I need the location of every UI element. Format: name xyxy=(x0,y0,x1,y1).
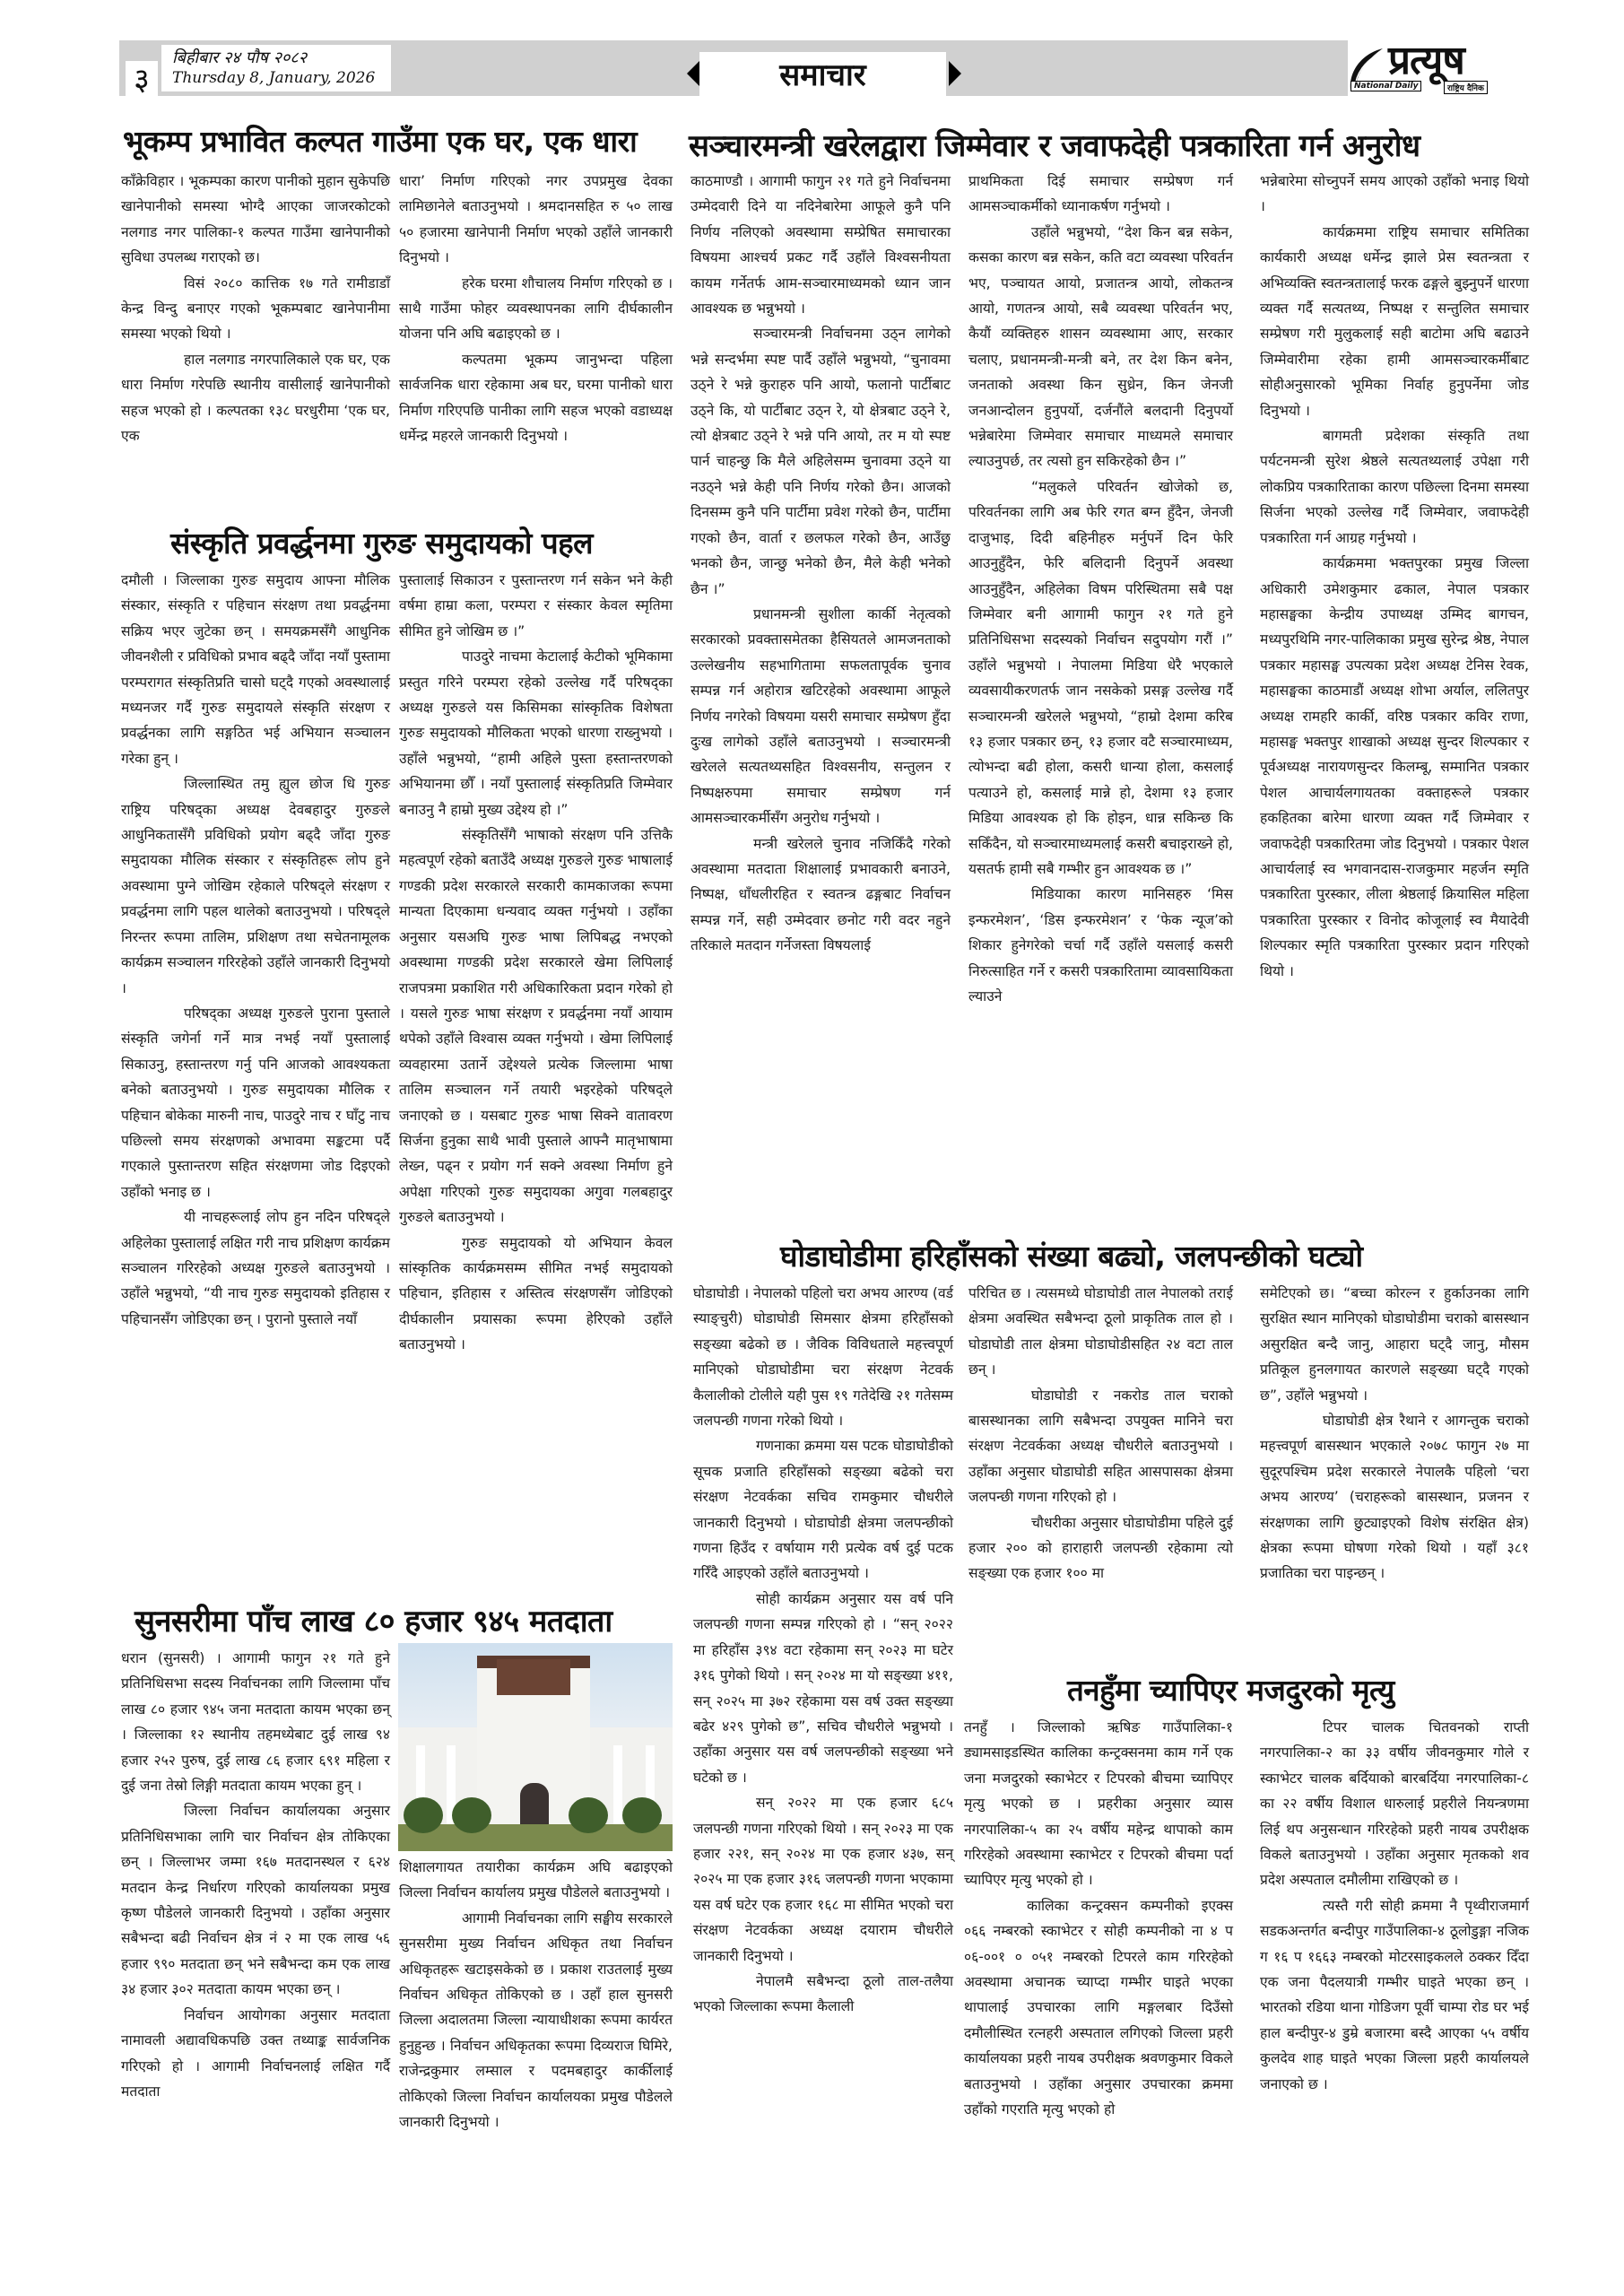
section-title: समाचार xyxy=(699,52,946,99)
paragraph: समेटिएको छ। “बच्चा कोरल्न र हुर्काउनका ल… xyxy=(1260,1281,1529,1408)
newspaper-logo: प्रत्यूष National Daily राष्ट्रिय दैनिक xyxy=(1343,43,1532,93)
paragraph: आगामी निर्वाचनका लागि सङ्घीय सरकारले सुन… xyxy=(399,1906,673,2135)
paragraph: प्रधानमन्त्री सुशीला कार्की नेतृत्वको सर… xyxy=(690,602,951,831)
paragraph: टिपर चालक चितवनको राप्ती नगरपालिका-२ का … xyxy=(1260,1715,1529,1893)
paragraph: मन्त्री खरेलले चुनाव नजिकिँदै गरेको अवस्… xyxy=(690,831,951,959)
photo-caption: शिक्षालगायत तयारीका कार्यक्रम अघि बढाइएक… xyxy=(399,1855,673,1906)
paragraph: चौधरीका अनुसार घोडाघोडीमा पहिले दुई हजार… xyxy=(968,1510,1233,1587)
paragraph: काठमाण्डौ । आगामी फागुन २१ गते हुने निर्… xyxy=(690,169,951,321)
paragraph: घोडाघोडी क्षेत्र रैथाने र आगन्तुक चराको … xyxy=(1260,1408,1529,1587)
article-kalpat-col2: धारा’ निर्माण गरिएको नगर उपप्रमुख देवका … xyxy=(399,169,673,448)
article-sancharmantri-col3: भन्नेबारेमा सोच्नुपर्ने समय आएको उहाँको … xyxy=(1260,169,1529,984)
date-english: Thursday 8, January, 2026 xyxy=(172,68,391,88)
paragraph: जिल्लास्थित तमु ह्युल छोज धि गुरुङ राष्ट… xyxy=(121,771,390,1001)
paragraph: निर्वाचन आयोगका अनुसार मतदाता नामावली अद… xyxy=(121,2003,390,2105)
paragraph: घोडाघोडी । नेपालको पहिलो चरा अभय आरण्य (… xyxy=(693,1281,953,1433)
paragraph: धारा’ निर्माण गरिएको नगर उपप्रमुख देवका … xyxy=(399,169,673,271)
page-number: ३ xyxy=(126,61,158,99)
headline-sunsari: सुनसरीमा पाँच लाख ८० हजार ९४५ मतदाता xyxy=(135,1605,612,1639)
paragraph: मिडियाका कारण मानिसहरु ‘मिस इन्फरमेशन’, … xyxy=(968,882,1233,1009)
paragraph: भन्नेबारेमा सोच्नुपर्ने समय आएको उहाँको … xyxy=(1260,169,1529,220)
article-sunsari-col1: धरान (सुनसरी) । आगामी फागुन २१ गते हुने … xyxy=(121,1646,390,2104)
article-ghodaghodi-col3: समेटिएको छ। “बच्चा कोरल्न र हुर्काउनका ल… xyxy=(1260,1281,1529,1587)
paragraph: तनहुँ । जिल्लाको ऋषिङ गाउँपालिका-१ ड्याम… xyxy=(964,1715,1233,1893)
paragraph: “मलुकले परिवर्तन खोजेको छ, परिवर्तनका ला… xyxy=(968,474,1233,883)
paragraph: प्राथमिकता दिई समाचार सम्प्रेषण गर्न आमस… xyxy=(968,169,1233,220)
paragraph: कार्यक्रममा राष्ट्रिय समाचार समितिका कार… xyxy=(1260,220,1529,423)
logo-title: प्रत्यूष xyxy=(1388,41,1464,81)
logo-subtitle-en: National Daily xyxy=(1350,81,1421,91)
headline-kalpat: भूकम्प प्रभावित कल्पत गाउँमा एक घर, एक ध… xyxy=(123,126,637,158)
date-block: बिहीबार २४ पौष २०८२ Thursday 8, January,… xyxy=(161,45,391,91)
article-sunsari-col2: शिक्षालगायत तयारीका कार्यक्रम अघि बढाइएक… xyxy=(399,1855,673,2135)
headline-ghodaghodi: घोडाघोडीमा हरिहाँसको संख्या बढ्यो, जलपन्… xyxy=(780,1240,1363,1273)
article-kalpat-col1: काँक्रेविहार । भूकम्पका कारण पानीको मुहा… xyxy=(121,169,390,448)
date-nepali: बिहीबार २४ पौष २०८२ xyxy=(172,48,391,68)
paragraph: नेपालमै सबैभन्दा ठूलो ताल-तलैया भएको जिल… xyxy=(693,1969,953,2020)
article-tanahun-col1: तनहुँ । जिल्लाको ऋषिङ गाउँपालिका-१ ड्याम… xyxy=(964,1715,1233,2123)
headline-gurung: संस्कृति प्रवर्द्धनमा गुरुङ समुदायको पहल xyxy=(170,527,593,560)
paragraph: उहाँले भन्नुभयो, “देश किन बन्न सकेन, कसक… xyxy=(968,220,1233,474)
election-office-photo xyxy=(398,1643,673,1851)
article-ghodaghodi-col1: घोडाघोडी । नेपालको पहिलो चरा अभय आरण्य (… xyxy=(693,1281,953,2020)
headline-tanahun: तनहुँमा च्यापिएर मजदुरको मृत्यु xyxy=(1067,1674,1394,1707)
paragraph: सोही कार्यक्रम अनुसार यस वर्ष पनि जलपन्छ… xyxy=(693,1587,953,1790)
article-sancharmantri-col1: काठमाण्डौ । आगामी फागुन २१ गते हुने निर्… xyxy=(690,169,951,959)
paragraph: परिषद्का अध्यक्ष गुरुङले पुराना पुस्ताले… xyxy=(121,1001,390,1205)
article-gurung-col1: दमौली । जिल्लाका गुरुङ समुदाय आफ्ना मौलि… xyxy=(121,568,390,1332)
paragraph: कल्पतमा भूकम्प जानुभन्दा पहिला सार्वजनिक… xyxy=(399,347,673,449)
article-sancharmantri-col2: प्राथमिकता दिई समाचार सम्प्रेषण गर्न आमस… xyxy=(968,169,1233,1009)
paragraph: गुरुङ समुदायको यो अभियान केवल सांस्कृतिक… xyxy=(399,1231,673,1358)
paragraph: सन् २०२२ मा एक हजार ६८५ जलपन्छी गणना गरि… xyxy=(693,1790,953,1969)
paragraph: पुस्तालाई सिकाउन र पुस्तान्तरण गर्न सकेन… xyxy=(399,568,673,644)
paragraph: बागमती प्रदेशका संस्कृति तथा पर्यटनमन्त्… xyxy=(1260,423,1529,551)
section-label: समाचार xyxy=(699,52,946,99)
paragraph: काँक्रेविहार । भूकम्पका कारण पानीको मुहा… xyxy=(121,169,390,271)
paragraph: दमौली । जिल्लाका गुरुङ समुदाय आफ्ना मौलि… xyxy=(121,568,390,771)
paragraph: संस्कृतिसँगै भाषाको संरक्षण पनि उत्तिकै … xyxy=(399,822,673,1231)
paragraph: घोडाघोडी र नकरोड ताल चराको बासस्थानका ला… xyxy=(968,1383,1233,1510)
paragraph: पाउदुरे नाचमा केटालाई केटीको भूमिकामा प्… xyxy=(399,644,673,822)
arrow-right-icon xyxy=(949,61,961,86)
paragraph: सञ्चारमन्त्री निर्वाचनमा उठ्न लागेको भन्… xyxy=(690,321,951,601)
paragraph: परिचित छ । त्यसमध्ये घोडाघोडी ताल नेपालक… xyxy=(968,1281,1233,1383)
paragraph: गणनाका क्रममा यस पटक घोडाघोडीको सूचक प्र… xyxy=(693,1433,953,1586)
paragraph: कालिका कन्ट्रक्सन कम्पनीको इएक्स ०६६ नम्… xyxy=(964,1893,1233,2123)
paragraph: यी नाचहरूलाई लोप हुन नदिन परिषद्ले अहिले… xyxy=(121,1205,390,1332)
paragraph: धरान (सुनसरी) । आगामी फागुन २१ गते हुने … xyxy=(121,1646,390,1798)
paragraph: हरेक घरमा शौचालय निर्माण गरिएको छ । साथै… xyxy=(399,271,673,347)
article-ghodaghodi-col2: परिचित छ । त्यसमध्ये घोडाघोडी ताल नेपालक… xyxy=(968,1281,1233,1587)
paragraph: हाल नलगाड नगरपालिकाले एक घर, एक धारा निर… xyxy=(121,347,390,449)
logo-subtitle-np: राष्ट्रिय दैनिक xyxy=(1444,81,1488,94)
article-gurung-col2: पुस्तालाई सिकाउन र पुस्तान्तरण गर्न सकेन… xyxy=(399,568,673,1358)
article-tanahun-col2: टिपर चालक चितवनको राप्ती नगरपालिका-२ का … xyxy=(1260,1715,1529,2097)
arrow-left-icon xyxy=(687,61,699,86)
paragraph: जिल्ला निर्वाचन कार्यालयका अनुसार प्रतिन… xyxy=(121,1798,390,2002)
paragraph: कार्यक्रममा भक्तपुरका प्रमुख जिल्ला अधिक… xyxy=(1260,551,1529,984)
headline-sancharmantri: सञ्चारमन्त्री खरेलद्वारा जिम्मेवार र जवा… xyxy=(689,130,1420,163)
paragraph: त्यस्तै गरी सोही क्रममा नै पृथ्वीराजमार्… xyxy=(1260,1893,1529,2097)
paragraph: विसं २०८० कात्तिक १७ गते रामीडाडाँ केन्द… xyxy=(121,271,390,347)
